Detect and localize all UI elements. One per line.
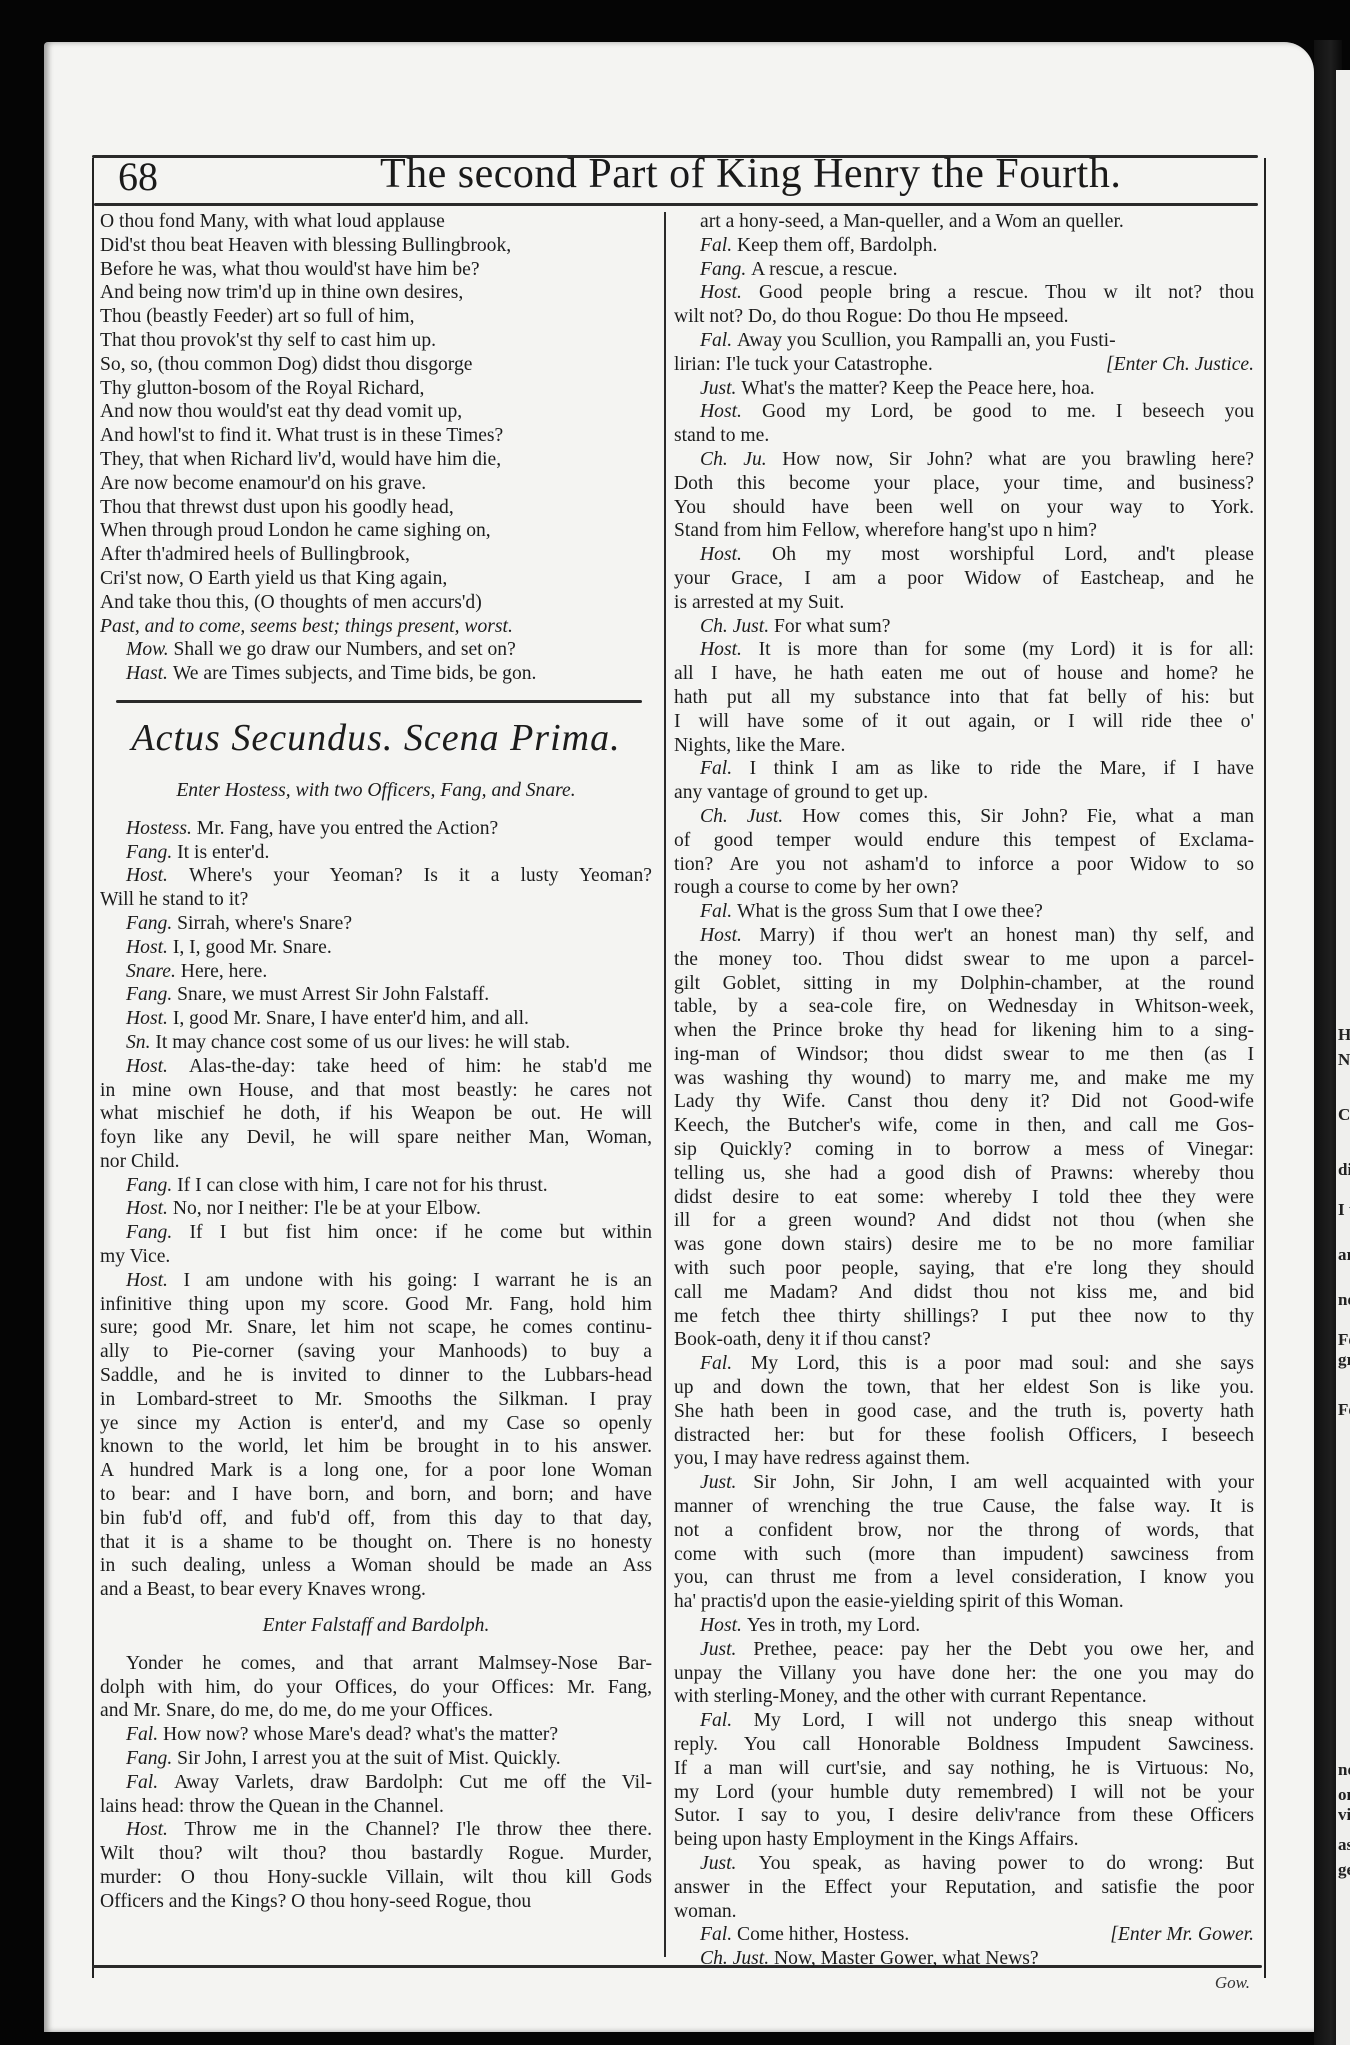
speech-line: Host. No, nor I neither: I'le be at your… [100,1197,652,1221]
speech-text-wrap: Fal. Come hither, Hostess. [700,1923,909,1947]
speech-line: lains head: throw the Quean in the Chann… [100,1795,652,1819]
speech-line: Yonder he comes, and that arrant Malmsey… [100,1652,652,1676]
speech-text: Good my Lord, be good to me. I beseech y… [762,401,1254,422]
speech-line: Fal. I think I am as like to ride the Ma… [674,757,1254,781]
verse-line: O thou fond Many, with what loud applaus… [100,210,652,234]
speaker-name: Host. [700,639,759,660]
speech-line: Just. What's the matter? Keep the Peace … [674,377,1254,401]
speech-line: hath put all my substance into that fat … [674,686,1254,710]
speech-line: what mischief he doth, if his Weapon be … [100,1102,652,1126]
speech-line: gilt Goblet, sitting in my Dolphin-chamb… [674,972,1254,996]
speech-line: Hostess. Mr. Fang, have you entred the A… [100,817,652,841]
speech-line: Stand from him Fellow, wherefore hang'st… [674,519,1254,543]
verse-line: Cri'st now, O Earth yield us that King a… [100,567,652,591]
speech-line: Sn. It may chance cost some of us our li… [100,1031,652,1055]
speech-text: Sir John, I arrest you at the suit of Mi… [177,1748,560,1769]
speech-text: You speak, as having power to do wrong: … [759,1853,1254,1874]
speaker-name: Fal. [700,235,737,256]
speech-line: your Grace, I am a poor Widow of Eastche… [674,567,1254,591]
speech-line: Lady thy Wife. Canst thou deny it? Did n… [674,1090,1254,1114]
speech-line: unpay the Villany you have done her: the… [674,1662,1254,1686]
speech-line: tion? Are you not asham'd to inforce a p… [674,853,1254,877]
adjacent-page-fragment: ar [1338,1245,1350,1265]
verse-line: And being now trim'd up in thine own des… [100,281,652,305]
speaker-name: Ch. Just. [700,806,802,827]
speech-line: Host. Good my Lord, be good to me. I bes… [674,400,1254,424]
speaker-name: Fal. [126,1772,174,1793]
speaker-name: Ch. Just. [700,1948,774,1969]
speech-line: Ch. Just. Now, Master Gower, what News? [674,1947,1254,1971]
speech-line: known to the world, let him be brought i… [100,1435,652,1459]
speech-line: stand to me. [674,424,1254,448]
speech-line: Saddle, and he is invited to dinner to t… [100,1364,652,1388]
speech-line: you, can thrust me from a level consider… [674,1566,1254,1590]
speech-text: Oh my most worshipful Lord, and't please [772,544,1254,565]
speech-line: the money too. Thou didst swear to me up… [674,948,1254,972]
speech-line: Host. Marry) if thou wer't an honest man… [674,924,1254,948]
speech-line: art a hony-seed, a Man-queller, and a Wo… [674,210,1254,234]
verse-line: Thou that threwst dust upon his goodly h… [100,496,652,520]
speech-line: Just. Prethee, peace: pay her the Debt y… [674,1638,1254,1662]
speaker-name: Host. [126,1008,173,1029]
adjacent-page-fragment: on [1338,1785,1350,1805]
speaker-name: Fal. [700,1353,751,1374]
speech-text: How now? whose Mare's dead? what's the m… [163,1724,558,1745]
speech-text: Come hither, Hostess. [737,1924,909,1945]
speech-line: If a man will curt'sie, and say nothing,… [674,1757,1254,1781]
verse-line: Before he was, what thou would'st have h… [100,258,652,282]
speech-line: Will he stand to it? [100,888,652,912]
adjacent-page-fragment: di [1338,1160,1350,1180]
speech-line: rough a course to come by her own? [674,876,1254,900]
speaker-name: Fal. [700,1710,754,1731]
speech-text: Throw me in the Channel? I'le throw thee… [184,1819,652,1840]
speech-line: up and down the town, that her eldest So… [674,1376,1254,1400]
speech-line: Fal. My Lord, I will not undergo this sn… [674,1709,1254,1733]
speaker-name: Just. [700,1639,753,1660]
speech-line: Fal. What is the gross Sum that I owe th… [674,900,1254,924]
speech-text: For what sum? [774,616,890,637]
verse-line: Past, and to come, seems best; things pr… [100,615,652,639]
speech-line: Host. I, I, good Mr. Snare. [100,936,652,960]
speech-text: Marry) if thou wer't an honest man) thy … [759,925,1254,946]
speech-line: Ch. Ju. How now, Sir John? what are you … [674,448,1254,472]
adjacent-page-fragment: Fo [1338,1400,1350,1420]
speech-text: What's the matter? Keep the Peace here, … [741,378,1094,399]
speaker-name: Host. [126,1198,173,1219]
speech-line: Wilt thou? wilt thou? thou bastardly Rog… [100,1842,652,1866]
verse-line: And howl'st to find it. What trust is in… [100,424,652,448]
speech-line: in mine own House, and that most beastly… [100,1079,652,1103]
right-column: art a hony-seed, a Man-queller, and a Wo… [674,210,1254,1995]
speaker-name: Fang. [126,984,177,1005]
verse-line: And now thou would'st eat thy dead vomit… [100,400,652,424]
speech-text: Good people bring a rescue. Thou w ilt n… [759,282,1254,303]
speech-line: sure; good Mr. Snare, let him not scape,… [100,1316,652,1340]
speech-text: Away you Scullion, you Rampalli an, you … [737,330,1116,351]
speech-text: Mr. Fang, have you entred the Action? [197,818,498,839]
speech-line: Mow. Shall we go draw our Numbers, and s… [100,638,652,662]
speech-line: dolph with him, do your Offices, do your… [100,1676,652,1700]
speech-text: If I can close with him, I care not for … [177,1175,548,1196]
speech-line: Book-oath, deny it if thou canst? [674,1328,1254,1352]
speech-line: I will have some of it out again, or I w… [674,710,1254,734]
speech-line: murder: O thou Hony-suckle Villain, wilt… [100,1866,652,1890]
speech-text: A rescue, a rescue. [751,259,897,280]
verse-line: Are now become enamour'd on his grave. [100,472,652,496]
speech-line: Fal. Come hither, Hostess.[Enter Mr. Gow… [674,1923,1254,1947]
speech-line: Fang. Sirrah, where's Snare? [100,912,652,936]
speech-line: is arrested at my Suit. [674,591,1254,615]
speaker-name: Just. [700,1472,753,1493]
speech-line: distracted her: but for these foolish Of… [674,1424,1254,1448]
speaker-name: Hast. [126,663,173,684]
speech-line: bin fub'd off, and fub'd off, from this … [100,1507,652,1531]
verse-line: So, so, (thou common Dog) didst thou dis… [100,353,652,377]
speaker-name: Fang. [126,1748,177,1769]
act-divider-rule [116,700,642,703]
speech-text: lirian: I'le tuck your Catastrophe. [674,354,933,375]
speech-line: and Mr. Snare, do me, do me, do me your … [100,1699,652,1723]
speech-line: ha' practis'd upon the easie-yielding sp… [674,1590,1254,1614]
speech-line: ye since my Action is enter'd, and my Ca… [100,1412,652,1436]
speech-line: Fal. My Lord, this is a poor mad soul: a… [674,1352,1254,1376]
adjacent-page-edge: HNCodiI tarneFogrFonotonvilas tge [1336,70,1350,2045]
speaker-name: Fal. [126,1724,163,1745]
speaker-name: Fal. [700,330,737,351]
speech-line: Fang. If I but fist him once: if he come… [100,1221,652,1245]
speech-text: Now, Master Gower, what News? [774,1948,1039,1969]
speech-text: Keep them off, Bardolph. [737,235,937,256]
speech-text: I, I, good Mr. Snare. [173,937,332,958]
speech-line: that it is a shame to be thought on. The… [100,1531,652,1555]
speech-line: Fang. Sir John, I arrest you at the suit… [100,1747,652,1771]
verse-line: Thou (beastly Feeder) art so full of him… [100,305,652,329]
speech-line: A hundred Mark is a long one, for a poor… [100,1459,652,1483]
speech-line: Host. Oh my most worshipful Lord, and't … [674,543,1254,567]
speech-line: Doth this become your place, your time, … [674,472,1254,496]
speech-line: telling us, she had a good dish of Prawn… [674,1162,1254,1186]
speech-line: Just. You speak, as having power to do w… [674,1852,1254,1876]
speaker-name: Host. [126,1056,189,1077]
speaker-name: Fang. [700,259,751,280]
speech-line: wilt not? Do, do thou Rogue: Do thou He … [674,305,1254,329]
speech-line: Host. Throw me in the Channel? I'le thro… [100,1818,652,1842]
speech-text: Yonder he comes, and that arrant Malmsey… [126,1653,652,1674]
speech-line: all I have, he hath eaten me out of hous… [674,662,1254,686]
act-title: Actus Secundus. Scena Prima. [100,715,652,761]
speech-text: My Lord, I will not undergo this sneap w… [754,1710,1254,1731]
adjacent-page-fragment: N [1338,1050,1350,1070]
speech-line: Fang. A rescue, a rescue. [674,258,1254,282]
speech-text: My Lord, this is a poor mad soul: and sh… [751,1353,1254,1374]
speech-line: nor Child. [100,1150,652,1174]
speaker-name: Fal. [700,901,737,922]
speech-line: Host. I am undone with his going: I warr… [100,1269,652,1293]
speech-text: Prethee, peace: pay her the Debt you owe… [753,1639,1254,1660]
speaker-name: Host. [700,1615,747,1636]
speech-line: Host. I, good Mr. Snare, I have enter'd … [100,1007,652,1031]
speech-line: Ch. Just. How comes this, Sir John? Fie,… [674,805,1254,829]
verse-line: And take thou this, (O thoughts of men a… [100,591,652,615]
speaker-name: Hostess. [126,818,197,839]
speaker-name: Host. [700,401,762,422]
speech-text: Shall we go draw our Numbers, and set on… [174,639,516,660]
speech-line: table, by a sea-cole fire, on Wednesday … [674,995,1254,1019]
speech-line: You should have been well on your way to… [674,496,1254,520]
speech-line: and a Beast, to bear every Knaves wrong. [100,1578,652,1602]
speech-line: was gone down stairs) desire me to be no… [674,1233,1254,1257]
speech-text: Sirrah, where's Snare? [177,913,352,934]
speech-line: Host. Alas-the-day: take heed of him: he… [100,1055,652,1079]
speech-line: come with such (more than impudent) sawc… [674,1543,1254,1567]
speaker-name: Snare. [126,961,181,982]
verse-line: That thou provok'st thy self to cast him… [100,329,652,353]
speech-text: Alas-the-day: take heed of him: he stab'… [189,1056,652,1077]
speech-text: If I but fist him once: if he come but w… [189,1222,652,1243]
verse-line: Did'st thou beat Heaven with blessing Bu… [100,234,652,258]
speech-line: infinitive thing upon my score. Good Mr.… [100,1293,652,1317]
speech-line: of good temper would endure this tempest… [674,829,1254,853]
verse-line: After th'admired heels of Bullingbrook, [100,543,652,567]
speech-line: my Lord (your humble duty remembred) I w… [674,1781,1254,1805]
speaker-name: Host. [126,1819,184,1840]
verse-line: When through proud London he came sighin… [100,519,652,543]
speaker-name: Host. [700,925,759,946]
speech-line: Host. Yes in troth, my Lord. [674,1614,1254,1638]
speaker-name: Ch. Ju. [700,449,782,470]
verse-line: Thy glutton-bosom of the Royal Richard, [100,377,652,401]
speaker-name: Mow. [126,639,174,660]
speech-line: with such poor people, saying, that e're… [674,1257,1254,1281]
speech-line: ally to Pie-corner (saving your Manhoods… [100,1340,652,1364]
speech-text: art a hony-seed, a Man-queller, and a Wo… [700,211,1124,232]
speaker-name: Host. [126,865,189,886]
speech-line: Hast. We are Times subjects, and Time bi… [100,662,652,686]
dialogue-block: Hostess. Mr. Fang, have you entred the A… [100,817,652,1602]
speech-line: Fang. If I can close with him, I care no… [100,1174,652,1198]
adjacent-page-fragment: Co [1338,1105,1350,1125]
speaker-name: Host. [126,937,173,958]
speech-line: Nights, like the Mare. [674,734,1254,758]
speech-line: ill for a green wound? And didst not tho… [674,1209,1254,1233]
speech-line: woman. [674,1900,1254,1924]
speech-line: you, I may have redress against them. [674,1447,1254,1471]
speech-line: lirian: I'le tuck your Catastrophe.[Ente… [674,353,1254,377]
speech-line: any vantage of ground to get up. [674,781,1254,805]
catchword: Gow. [674,1971,1254,1995]
speech-line: foyn like any Devil, he will spare neith… [100,1126,652,1150]
speech-line: not a confident brow, nor the throng of … [674,1519,1254,1543]
adjacent-page-fragment: as t [1338,1835,1350,1855]
speaker-name: Host. [700,282,759,303]
speech-line: Just. Sir John, Sir John, I am well acqu… [674,1471,1254,1495]
speech-text: It is enter'd. [177,842,269,863]
speech-line: Ch. Just. For what sum? [674,615,1254,639]
stage-direction: Enter Falstaff and Bardolph. [100,1614,652,1638]
speech-line: Fal. Keep them off, Bardolph. [674,234,1254,258]
speech-line: me fetch thee thirty shillings? I put th… [674,1305,1254,1329]
speech-line: manner of wrenching the true Cause, the … [674,1495,1254,1519]
speech-line: when the Prince broke thy head for liken… [674,1019,1254,1043]
speech-line: Host. Where's your Yeoman? Is it a lusty… [100,864,652,888]
speech-line: my Vice. [100,1245,652,1269]
adjacent-page-fragment: I t [1338,1200,1350,1220]
speaker-name: Host. [700,544,772,565]
stage-direction: Enter Hostess, with two Officers, Fang, … [100,779,652,803]
speech-line: Host. Good people bring a rescue. Thou w… [674,281,1254,305]
speech-text: Snare, we must Arrest Sir John Falstaff. [177,984,489,1005]
adjacent-page-fragment: H [1338,1025,1350,1045]
speaker-name: Sn. [126,1032,155,1053]
speech-text-wrap: lirian: I'le tuck your Catastrophe. [674,353,933,377]
speech-line: Fal. Away you Scullion, you Rampalli an,… [674,329,1254,353]
speech-line: Fang. Snare, we must Arrest Sir John Fal… [100,983,652,1007]
speech-line: Host. It is more than for some (my Lord)… [674,638,1254,662]
speech-text: Where's your Yeoman? Is it a lusty Yeoma… [189,865,652,886]
speech-text: I am undone with his going: I warrant he… [184,1270,652,1291]
speech-line: Snare. Here, here. [100,960,652,984]
speech-text: Sir John, Sir John, I am well acquainted… [753,1472,1254,1493]
speech-line: didst desire to eat some: whereby I told… [674,1186,1254,1210]
speaker-name: Ch. Just. [700,616,774,637]
dialogue-block: Yonder he comes, and that arrant Malmsey… [100,1652,652,1914]
adjacent-page-fragment: ne [1338,1290,1350,1310]
speech-line: in Lombard-street to Mr. Smooths the Sil… [100,1388,652,1412]
speech-text: It may chance cost some of us our lives:… [155,1032,570,1053]
speech-text: No, nor I neither: I'le be at your Elbow… [173,1198,481,1219]
speech-text: What is the gross Sum that I owe thee? [737,901,1043,922]
speaker-name: Fang. [126,913,177,934]
adjacent-page-fragment: gr [1338,1350,1350,1370]
speech-text: Away Varlets, draw Bardolph: Cut me off … [174,1772,652,1793]
speaker-name: Host. [126,1270,184,1291]
speech-line: She hath been in good case, and the trut… [674,1400,1254,1424]
verse-line: They, that when Richard liv'd, would hav… [100,448,652,472]
speech-line: in such dealing, unless a Woman should b… [100,1554,652,1578]
speaker-name: Just. [700,378,741,399]
speech-line: ing-man of Windsor; thou didst swear to … [674,1043,1254,1067]
speech-line: answer in the Effect your Reputation, an… [674,1876,1254,1900]
speech-line: Fal. Away Varlets, draw Bardolph: Cut me… [100,1771,652,1795]
speech-line: Fal. How now? whose Mare's dead? what's … [100,1723,652,1747]
speech-line: was washing thy wound) to marry me, and … [674,1067,1254,1091]
speaker-name: Fal. [700,1924,737,1945]
speaker-name: Fang. [126,842,177,863]
speech-text: I think I am as like to ride the Mare, i… [750,758,1254,779]
stage-direction: [Enter Mr. Gower. [1110,1923,1254,1947]
speech-line: being upon hasty Employment in the Kings… [674,1828,1254,1852]
closing-speeches: Mow. Shall we go draw our Numbers, and s… [100,638,652,686]
speaker-name: Fang. [126,1175,177,1196]
speech-line: Sutor. I say to you, I desire deliv'ranc… [674,1804,1254,1828]
speech-line: call me Madam? And didst thou not kiss m… [674,1281,1254,1305]
speech-text: How now, Sir John? what are you brawling… [782,449,1254,470]
adjacent-page-fragment: ge [1338,1860,1350,1880]
speech-text: Yes in troth, my Lord. [747,1615,920,1636]
speech-line: Officers and the Kings? O thou hony-seed… [100,1890,652,1914]
speech-line: reply. You call Honorable Boldness Impud… [674,1733,1254,1757]
column-divider [664,212,666,1957]
speech-text: It is more than for some (my Lord) it is… [759,639,1254,660]
speech-line: to bear: and I have born, and born, and … [100,1483,652,1507]
speaker-name: Fal. [700,758,750,779]
speaker-name: Just. [700,1853,759,1874]
speech-text: How comes this, Sir John? Fie, what a ma… [802,806,1254,827]
verse-block: O thou fond Many, with what loud applaus… [100,210,652,638]
speech-text: I, good Mr. Snare, I have enter'd him, a… [173,1008,529,1029]
left-column: O thou fond Many, with what loud applaus… [100,210,652,1914]
speech-text: Here, here. [181,961,267,982]
adjacent-page-fragment: Fo [1338,1330,1350,1350]
speech-line: Keech, the Butcher's wife, come in then,… [674,1114,1254,1138]
dialogue-block: art a hony-seed, a Man-queller, and a Wo… [674,210,1254,1971]
speaker-name: Fang. [126,1222,189,1243]
speech-line: sip Quickly? coming in to borrow a mess … [674,1138,1254,1162]
speech-line: with sterling-Money, and the other with … [674,1685,1254,1709]
stage-direction: [Enter Ch. Justice. [1106,353,1254,377]
speech-text: We are Times subjects, and Time bids, be… [173,663,537,684]
adjacent-page-fragment: vil [1338,1805,1350,1825]
adjacent-page-fragment: not [1338,1760,1350,1780]
speech-line: Fang. It is enter'd. [100,841,652,865]
